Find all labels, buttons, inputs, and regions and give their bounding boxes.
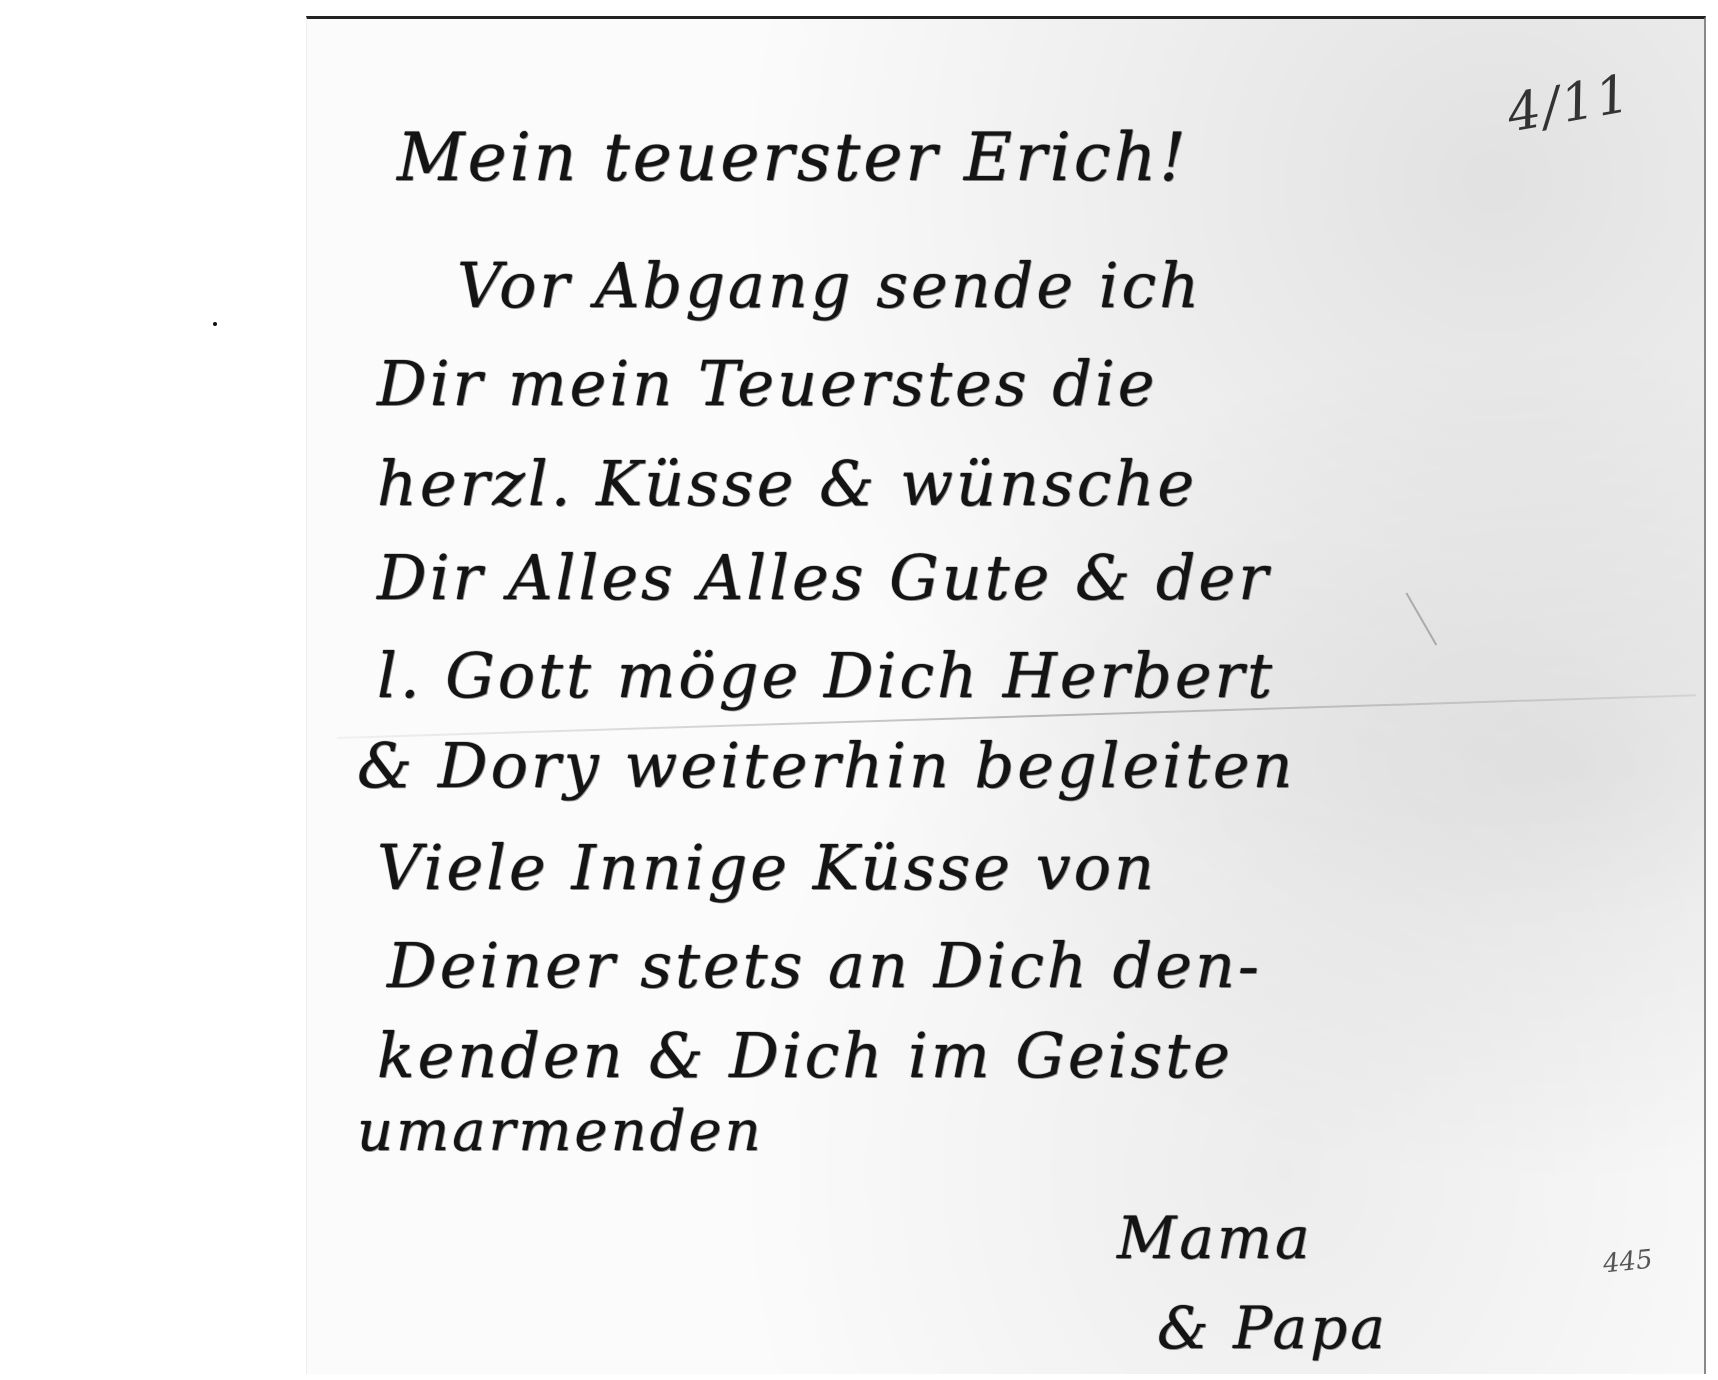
- faint-number: 445: [1602, 1244, 1655, 1279]
- stray-mark: [213, 322, 217, 326]
- letter-line-9: kenden & Dich im Geiste: [377, 1019, 1233, 1092]
- paper-crease: [1405, 583, 1454, 646]
- signature-mama: Mama: [1117, 1204, 1313, 1272]
- letter-line-8: Deiner stets an Dich den-: [387, 929, 1262, 1002]
- scanned-document: 4/11 445 Mein teuerster Erich! Vor Abgan…: [0, 0, 1718, 1380]
- letter-line-10: umarmenden: [357, 1099, 764, 1164]
- letter-line-1: Vor Abgang sende ich: [457, 249, 1202, 322]
- letter-line-3: herzl. Küsse & wünsche: [377, 447, 1197, 520]
- letter-line-2: Dir mein Teuerstes die: [377, 347, 1157, 420]
- corner-note: 4/11: [1503, 64, 1636, 145]
- letter-line-7: Viele Innige Küsse von: [377, 831, 1157, 904]
- letter-line-5: l. Gott möge Dich Herbert: [377, 639, 1275, 712]
- letter-line-6: & Dory weiterhin begleiten: [357, 729, 1296, 802]
- letter-paper: 4/11 445 Mein teuerster Erich! Vor Abgan…: [306, 16, 1706, 1374]
- signature-papa: & Papa: [1157, 1294, 1388, 1362]
- letter-line-4: Dir Alles Alles Gute & der: [377, 541, 1271, 614]
- salutation: Mein teuerster Erich!: [397, 119, 1189, 196]
